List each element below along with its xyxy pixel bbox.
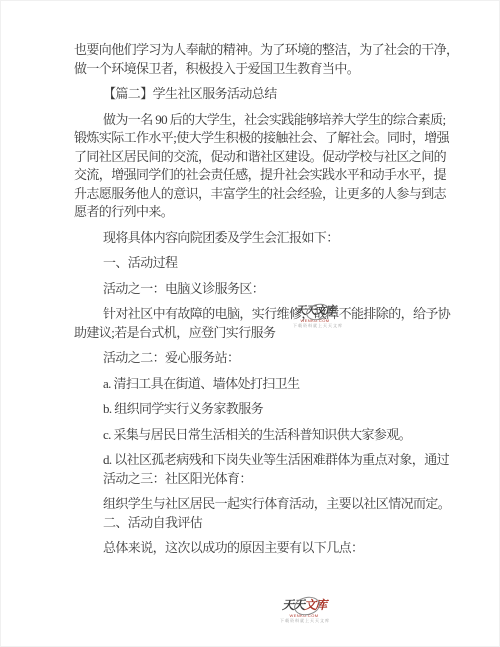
watermark-brand-accent: 文库	[304, 598, 326, 612]
paragraph: b. 组织同学实行义务家教服务	[74, 400, 434, 419]
paragraph: 活动之二：爱心服务站：	[74, 349, 434, 368]
paragraph: d. 以社区孤老病残和下岗失业等生活困难群体为重点对象，通过	[74, 451, 434, 470]
paragraph: 现将具体内容向院团委及学生会汇报如下：	[74, 229, 434, 248]
paragraph-container: 也要向他们学习为人奉献的精神。为了环境的整洁，为了社会的干净， 做一个环境保卫者…	[74, 41, 434, 558]
watermark-site-text: WENKU.COM	[280, 614, 328, 618]
watermark-bottom: 天天文库 WENKU.COM 下载资料就上天天文库	[280, 597, 328, 623]
paragraph: 活动之三：社区阳光体育：	[74, 470, 434, 489]
paragraph: 活动之一：电脑义诊服务区：	[74, 280, 434, 299]
paragraph: 针对社区中有故障的电脑，实行维修，故障不能排除的，给予协 助建议;若是台式机，应…	[74, 305, 434, 342]
watermark-oval-icon	[293, 594, 322, 617]
watermark-brand-text: 天天文库	[282, 599, 326, 611]
paragraph: 做为一名 90 后的大学生，社会实践能够培养大学生的综合素质; 锻炼实际工作水平…	[74, 111, 434, 222]
document-page: 也要向他们学习为人奉献的精神。为了环境的整洁，为了社会的干净， 做一个环境保卫者…	[0, 0, 500, 647]
paragraph: 二、活动自我评估	[74, 514, 434, 533]
paragraph: 组织学生与社区居民一起实行体育活动，主要以社区情况而定。	[74, 495, 434, 514]
paragraph: 一、活动过程	[74, 254, 434, 273]
watermark-tagline-text: 下载资料就上天天文库	[280, 619, 328, 623]
paragraph: 【篇二】学生社区服务活动总结	[74, 85, 434, 104]
paragraph: 也要向他们学习为人奉献的精神。为了环境的整洁，为了社会的干净， 做一个环境保卫者…	[74, 41, 434, 78]
paragraph: c. 采集与居民日常生活相关的生活科普知识供大家参观。	[74, 426, 434, 445]
document-body: 也要向他们学习为人奉献的精神。为了环境的整洁，为了社会的干净， 做一个环境保卫者…	[74, 41, 434, 558]
paragraph: 总体来说，这次以成功的原因主要有以下几点：	[74, 539, 434, 558]
paragraph: a. 清扫工具在街道、墙体处打扫卫生	[74, 375, 434, 394]
